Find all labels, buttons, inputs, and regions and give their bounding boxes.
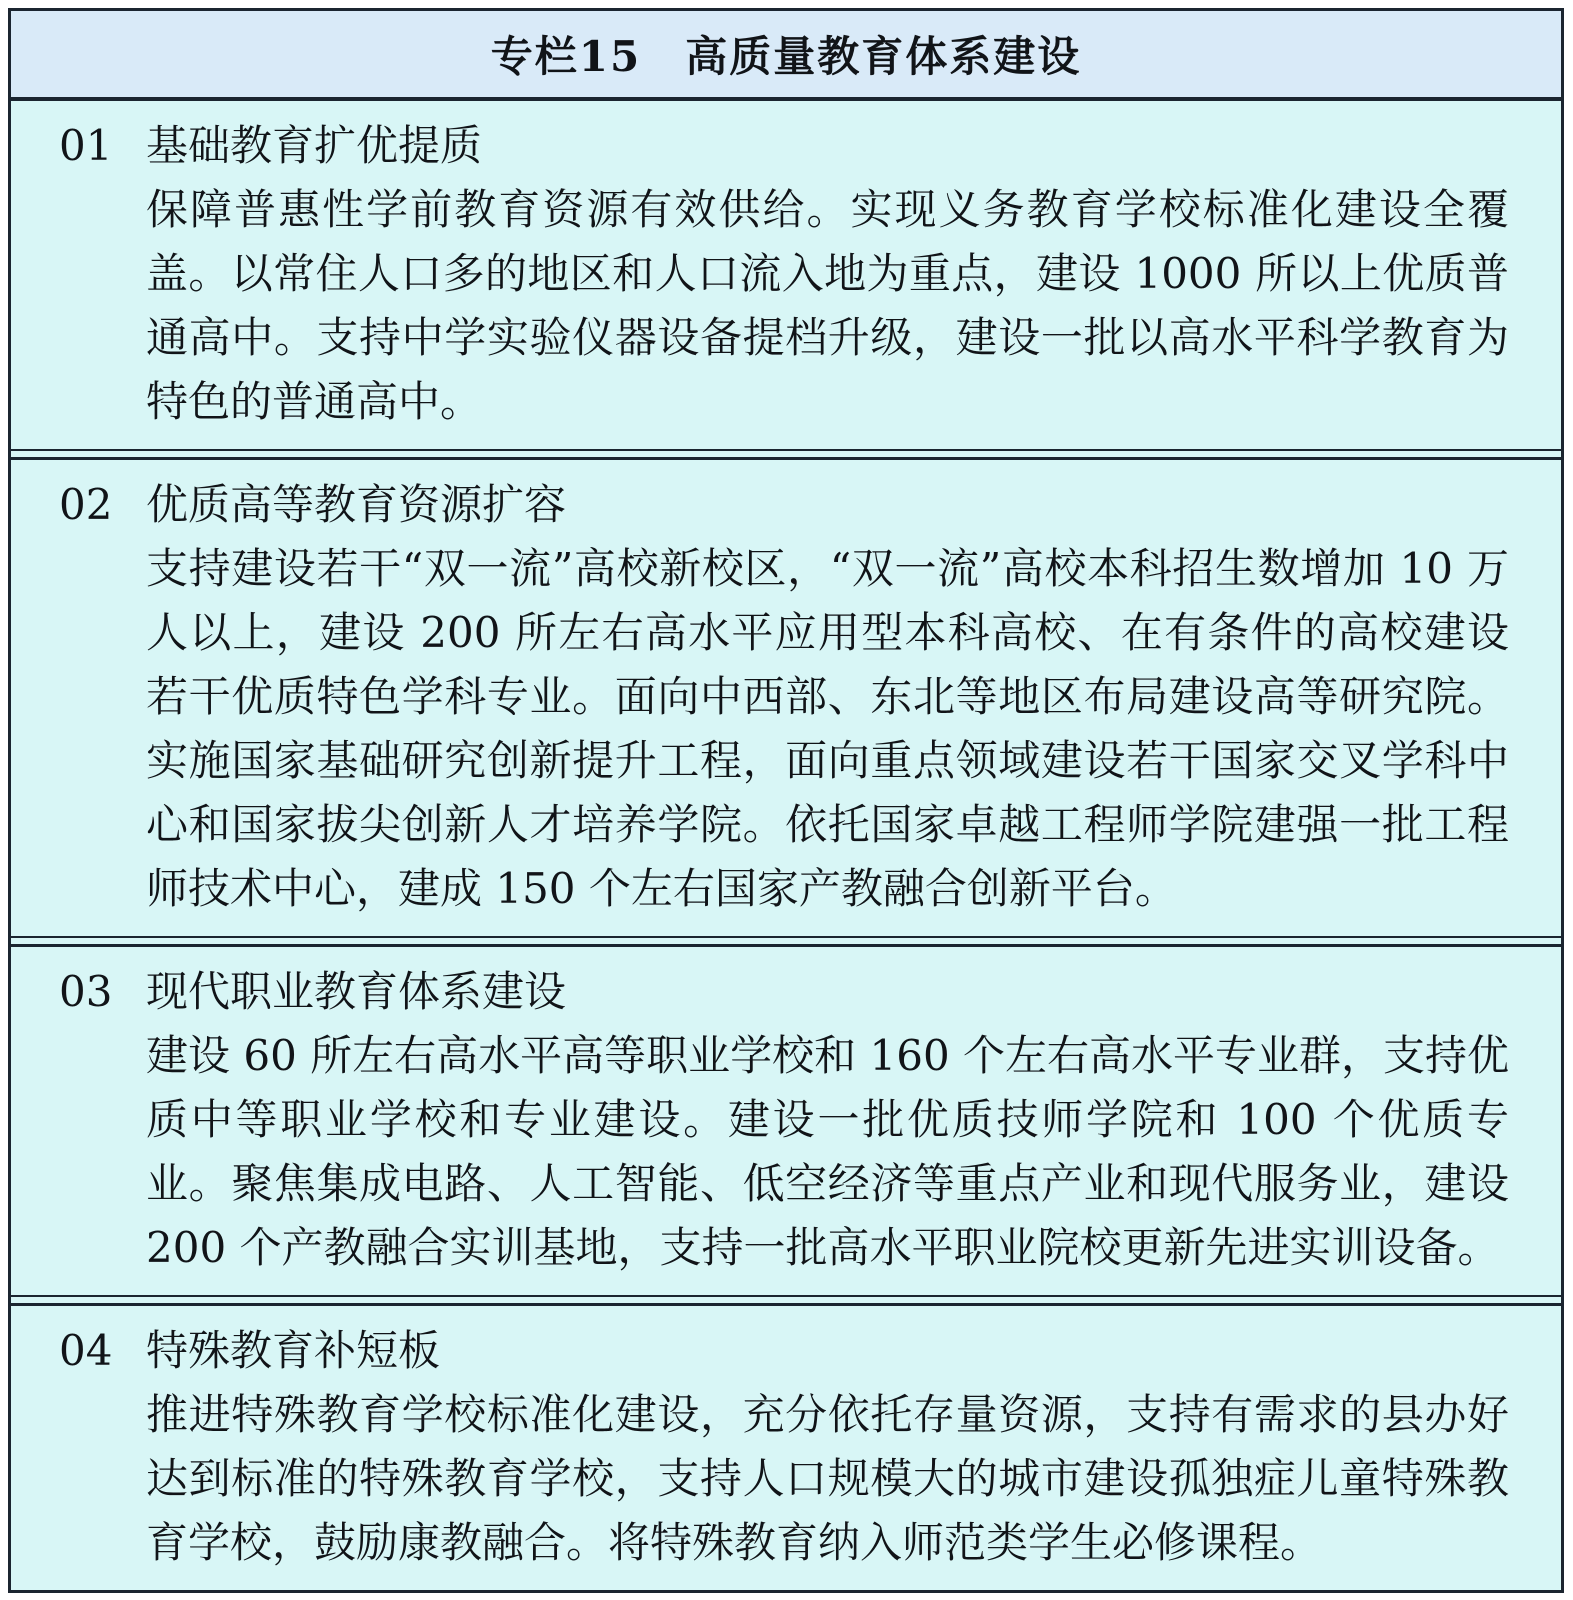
- section-divider: [11, 1295, 1561, 1306]
- document-page: 专栏15 高质量教育体系建设 01 基础教育扩优提质 保障普惠性学前教育资源有效…: [0, 0, 1573, 1600]
- section-paragraph: 建设 60 所左右高水平高等职业学校和 160 个左右高水平专业群，支持优质中等…: [146, 1024, 1509, 1280]
- section-header: 03 现代职业教育体系建设: [59, 960, 1515, 1024]
- section-divider: [11, 936, 1561, 947]
- section-number: 04: [59, 1319, 146, 1383]
- column-box-panel: 专栏15 高质量教育体系建设 01 基础教育扩优提质 保障普惠性学前教育资源有效…: [8, 8, 1564, 1593]
- section-header: 02 优质高等教育资源扩容: [59, 473, 1515, 537]
- section-number: 01: [59, 114, 146, 178]
- section-heading: 优质高等教育资源扩容: [146, 473, 566, 537]
- section-paragraph: 支持建设若干“双一流”高校新校区，“双一流”高校本科招生数增加 10 万人以上，…: [146, 537, 1509, 921]
- section-paragraph: 保障普惠性学前教育资源有效供给。实现义务教育学校标准化建设全覆盖。以常住人口多的…: [146, 178, 1509, 434]
- section-number: 02: [59, 473, 146, 537]
- section-heading: 现代职业教育体系建设: [146, 960, 566, 1024]
- section-special-education: 04 特殊教育补短板 推进特殊教育学校标准化建设，充分依托存量资源，支持有需求的…: [11, 1306, 1561, 1590]
- section-divider: [11, 449, 1561, 460]
- section-number: 03: [59, 960, 146, 1024]
- section-paragraph: 推进特殊教育学校标准化建设，充分依托存量资源，支持有需求的县办好达到标准的特殊教…: [146, 1383, 1509, 1575]
- column-title: 专栏15 高质量教育体系建设: [491, 24, 1081, 84]
- column-title-bar: 专栏15 高质量教育体系建设: [11, 11, 1561, 101]
- section-header: 04 特殊教育补短板: [59, 1319, 1515, 1383]
- section-vocational-education: 03 现代职业教育体系建设 建设 60 所左右高水平高等职业学校和 160 个左…: [11, 947, 1561, 1295]
- section-heading: 基础教育扩优提质: [146, 114, 482, 178]
- section-heading: 特殊教育补短板: [146, 1319, 440, 1383]
- section-higher-education: 02 优质高等教育资源扩容 支持建设若干“双一流”高校新校区，“双一流”高校本科…: [11, 460, 1561, 936]
- section-header: 01 基础教育扩优提质: [59, 114, 1515, 178]
- section-basic-education: 01 基础教育扩优提质 保障普惠性学前教育资源有效供给。实现义务教育学校标准化建…: [11, 101, 1561, 449]
